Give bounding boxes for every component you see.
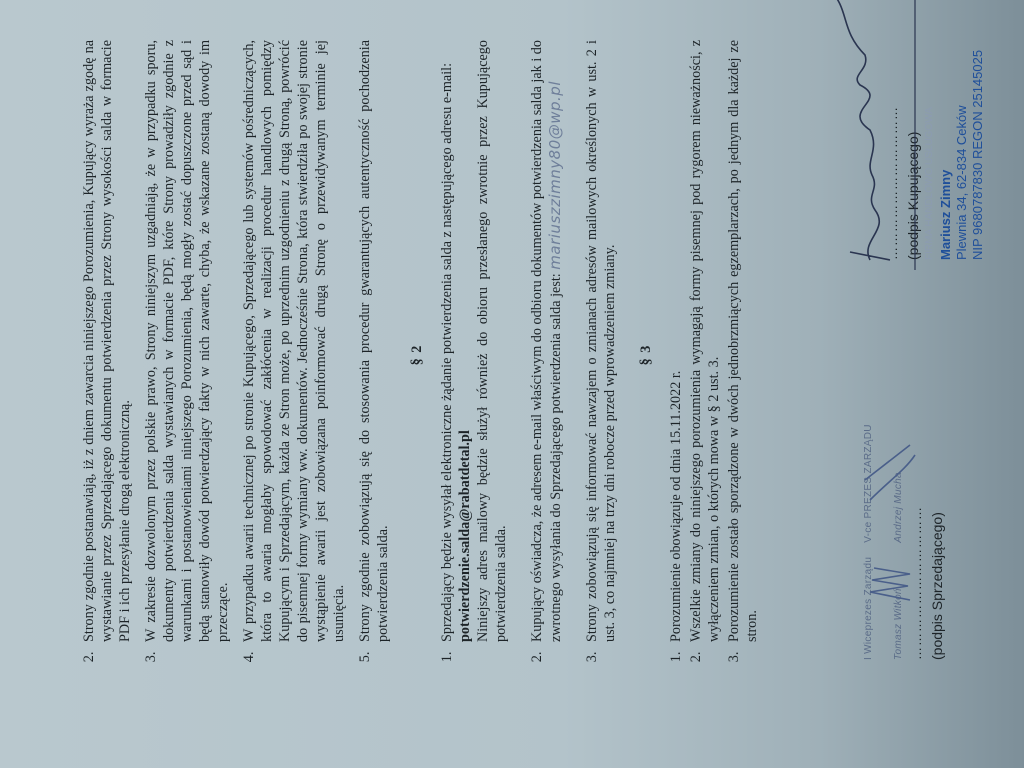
document-page: Strony zgodnie postanawiają, iż z dniem … — [0, 0, 1024, 768]
buyer-signature-label: (podpis Kupującego) — [904, 0, 922, 260]
seller-stamp-2: V-ce PREZES ZARZĄDU Andrzej Mucha — [860, 424, 908, 543]
section-1-item-5: Strony zgodnie zobowiązują się do stosow… — [356, 40, 392, 648]
section-2-item-2: Kupujący oświadcza, że adresem e-mail wł… — [528, 40, 565, 648]
section-2-item-1-text: Sprzedający będzie wysyłał elektroniczne… — [439, 63, 455, 642]
section-1-item-2: Strony zgodnie postanawiają, iż z dniem … — [80, 40, 134, 648]
buyer-stamp-company-type: FIRMA HANDLOWO USŁUGOWA — [922, 0, 938, 260]
section-3-item-1: Porozumienie obowiązuje od dnia 15.11.20… — [667, 40, 685, 648]
signatures-area: I Wiceprezes Zarządu Tomasz Witkoń V-ce … — [860, 40, 1000, 670]
section-1-item-4: W przypadku awarii technicznej po stroni… — [240, 40, 348, 648]
seller-signature-line: …………………………… — [908, 400, 926, 660]
buyer-stamp-address: Plewnia 34, 62-834 Ceków — [954, 0, 970, 260]
buyer-signature-line: …………………………… — [884, 0, 902, 260]
seller-stamp-1-name: Tomasz Witkoń — [890, 557, 908, 660]
section-1-list: Strony zgodnie postanawiają, iż z dniem … — [80, 40, 392, 670]
seller-stamp-2-name: Andrzej Mucha — [890, 424, 908, 543]
buyer-signature-block: …………………………… (podpis Kupującego) FIRMA HA… — [860, 0, 986, 260]
section-2-item-1-continuation: Niniejszy adres mailowy będzie służył ró… — [475, 40, 509, 642]
seller-signature-block: I Wiceprezes Zarządu Tomasz Witkoń V-ce … — [860, 400, 946, 660]
seller-stamp-1: I Wiceprezes Zarządu Tomasz Witkoń — [860, 557, 908, 660]
scanned-document-photo: Strony zgodnie postanawiają, iż z dniem … — [0, 0, 1024, 768]
buyer-stamp-name: Mariusz Zimny — [938, 0, 954, 260]
section-2-heading: § 2 — [408, 40, 426, 670]
seller-email: potwierdzenie.salda@rabatdetal.pl — [457, 430, 473, 642]
section-2-item-1: Sprzedający będzie wysyłał elektroniczne… — [438, 40, 510, 648]
seller-signature-label: (podpis Sprzedającego) — [928, 400, 946, 660]
buyer-handwritten-email: mariuszzimny80@wp.pl — [546, 81, 564, 270]
section-3-heading: § 3 — [637, 40, 655, 670]
seller-stamps: I Wiceprezes Zarządu Tomasz Witkoń V-ce … — [860, 400, 908, 660]
section-1-item-3: W zakresie dozwolonym przez polskie praw… — [142, 40, 232, 648]
seller-stamp-1-title: I Wiceprezes Zarządu — [860, 557, 878, 660]
seller-stamp-2-title: V-ce PREZES ZARZĄDU — [860, 424, 878, 543]
section-3-list: Porozumienie obowiązuje od dnia 15.11.20… — [667, 40, 761, 670]
document-body: Strony zgodnie postanawiają, iż z dniem … — [80, 40, 763, 670]
section-3-item-3: Porozumienie zostało sporządzone w dwóch… — [725, 40, 761, 648]
buyer-stamp-ids: NIP 9680787830 REGON 25145025 — [970, 0, 986, 260]
section-2-item-3: Strony zobowiązują się informować nawzaj… — [583, 40, 619, 648]
section-3-item-2: Wszelkie zmiany do niniejszego porozumie… — [687, 40, 723, 648]
section-2-list: Sprzedający będzie wysyłał elektroniczne… — [438, 40, 619, 670]
buyer-company-stamp: FIRMA HANDLOWO USŁUGOWA Mariusz Zimny Pl… — [922, 0, 986, 260]
